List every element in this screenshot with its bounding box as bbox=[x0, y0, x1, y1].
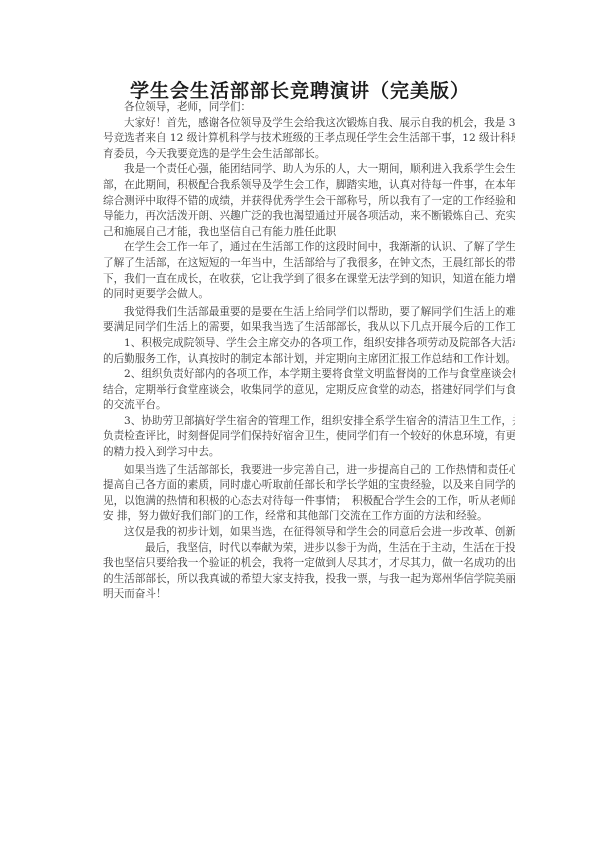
document-title: 学生会生活部部长竞聘演讲（完美版） bbox=[0, 76, 600, 103]
body-line: 导能力，再次活泼开朗、兴趣广泛的我也渴望通过开展各项活动，来不断锻炼自己、充实自 bbox=[103, 209, 515, 225]
list-item-3-line: 的精力投入到学习中去。 bbox=[103, 445, 515, 461]
document-page: 学生会生活部部长竞聘演讲（完美版） 各位领导，老师，同学们： 大家好！首先，感谢… bbox=[0, 0, 600, 849]
body-line: 我觉得我们生活部最重要的是要在生活上给同学们以帮助，要了解同学们生活上的难处， bbox=[103, 305, 515, 321]
body-line: 的同时更要学会做人。 bbox=[103, 287, 515, 303]
body-line: 这仅是我的初步计划，如果当选，在征得领导和学生会的同意后会进一步改革、创新， bbox=[103, 525, 515, 541]
list-item-2-line: 2、组织负责好部内的各项工作，本学期主要将食堂文明监督岗的工作与食堂座谈会相 bbox=[103, 367, 515, 383]
body-line: 了解了生活部，在这短短的一年当中，生活部给与了我很多，在钟文杰，王晨红部长的带领 bbox=[103, 256, 515, 272]
body-line: 育委员，今天我要竞选的是学生会生活部部长。 bbox=[103, 147, 515, 163]
closing-line: 我也坚信只要给我一个验证的机会，我将一定做到人尽其才，才尽其力，做一名成功的出色 bbox=[103, 556, 515, 572]
body-line: 大家好！首先，感谢各位领导及学生会给我这次锻炼自我、展示自我的机会，我是 32 bbox=[103, 116, 515, 132]
body-line: 如果当选了生活部部长，我要进一步完善自己，进一步提高自己的 工作热情和责任心， bbox=[103, 463, 515, 479]
body-line: 我是一个责任心强，能团结同学、助人为乐的人，大一期间，顺利进入我系学生会生活 bbox=[103, 162, 515, 178]
body-line: 号竞选者来自 12 级计算机科学与技术班级的王孝点现任学生会生活部干事，12 级… bbox=[103, 131, 515, 147]
body-line: 综合测评中取得不错的成绩，并获得优秀学生会干部称号，所以我有了一定的工作经验和领 bbox=[103, 194, 515, 210]
closing-line: 最后，我坚信，时代以奉献为荣，进步以参于为尚，生活在于主动，生活在于投入， bbox=[103, 541, 515, 557]
list-item-3-line: 负责检查评比，时刻督促同学们保持好宿舍卫生，使同学们有一个较好的休息环境，有更好 bbox=[103, 429, 515, 445]
closing-line: 明天而奋斗！ bbox=[103, 587, 515, 603]
document-body: 各位领导，老师，同学们： 大家好！首先，感谢各位领导及学生会给我这次锻炼自我、展… bbox=[103, 100, 515, 603]
list-item-1-line: 1、积极完成院领导、学生会主席交办的各项工作，组织安排各项劳动及院部各大活动 bbox=[103, 336, 515, 352]
body-line: 己和施展自己才能，我也坚信自己有能力胜任此职 bbox=[103, 225, 515, 241]
body-line: 见，以饱满的热情和积极的心态去对待每一件事情； 积极配合学生会的工作，听从老师的 bbox=[103, 494, 515, 510]
body-line: 提高自己各方面的素质，同时虚心听取前任部长和学长学姐的宝贵经验，以及来自同学的意 bbox=[103, 478, 515, 494]
body-line: 部，在此期间，积极配合我系领导及学生会工作，脚踏实地，认真对待每一件事，在本年度 bbox=[103, 178, 515, 194]
body-line: 要满足同学们生活上的需要，如果我当选了生活部部长，我从以下几点开展今后的工作工作… bbox=[103, 320, 515, 336]
closing-line: 的生活部部长，所以我真诚的希望大家支持我，投我一票，与我一起为郑州华信学院美丽的 bbox=[103, 572, 515, 588]
list-item-2-line: 结合，定期举行食堂座谈会，收集同学的意见，定期反应食堂的动态，搭建好同学们与食堂 bbox=[103, 383, 515, 399]
list-item-3-line: 3、协助劳卫部搞好学生宿舍的管理工作，组织安排全系学生宿舍的清洁卫生工作，并 bbox=[103, 414, 515, 430]
list-item-2-line: 的交流平台。 bbox=[103, 398, 515, 414]
body-line: 安 排，努力做好我们部门的工作，经常和其他部门交流在工作方面的方法和经验。 bbox=[103, 509, 515, 525]
salutation-line: 各位领导，老师，同学们： bbox=[103, 100, 515, 116]
body-line: 下，我们一直在成长，在收获，它让我学到了很多在课堂无法学到的知识，知道在能力增长 bbox=[103, 272, 515, 288]
list-item-1-line: 的后勤服务工作，认真按时的制定本部计划，并定期向主席团汇报工作总结和工作计划。 bbox=[103, 352, 515, 368]
body-line: 在学生会工作一年了，通过在生活部工作的这段时间中，我渐渐的认识、了解了学生会， bbox=[103, 240, 515, 256]
